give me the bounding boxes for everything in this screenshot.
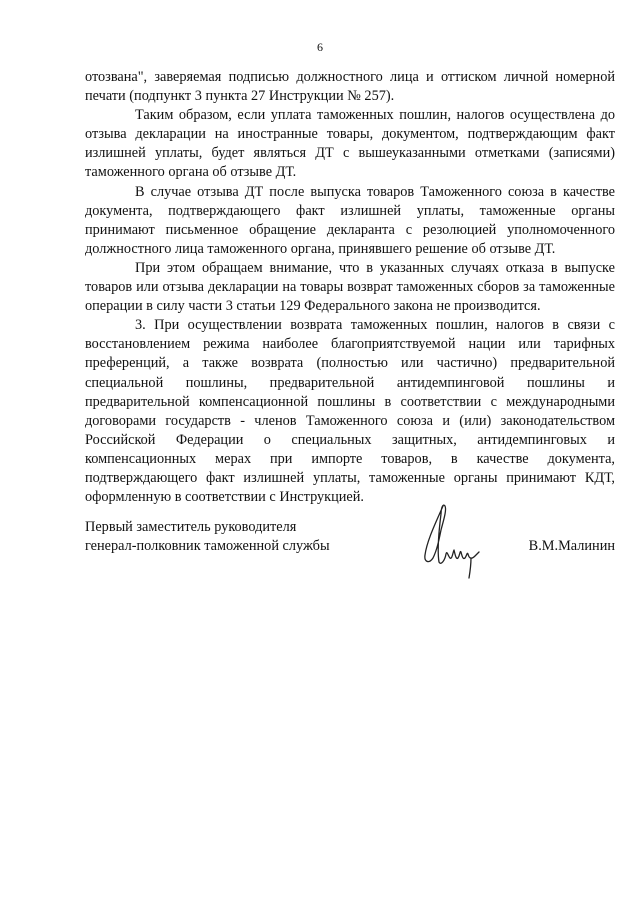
signer-title: Первый заместитель руководителя генерал-… (85, 518, 330, 556)
signature-block: Первый заместитель руководителя генерал-… (85, 518, 615, 578)
handwritten-signature-icon (415, 500, 485, 580)
signer-name: В.М.Малинин (529, 537, 615, 556)
signer-title-line-1: Первый заместитель руководителя (85, 518, 330, 537)
paragraph-1: отозвана", заверяемая подписью должностн… (85, 68, 615, 106)
page-number: 6 (0, 40, 640, 55)
document-page: 6 отозвана", заверяемая подписью должнос… (0, 0, 640, 900)
paragraph-3: В случае отзыва ДТ после выпуска товаров… (85, 183, 615, 259)
document-body: отозвана", заверяемая подписью должностн… (85, 68, 615, 507)
signer-title-line-2: генерал-полковник таможенной службы (85, 537, 330, 556)
paragraph-4: При этом обращаем внимание, что в указан… (85, 259, 615, 316)
paragraph-5: 3. При осуществлении возврата таможенных… (85, 316, 615, 507)
paragraph-2: Таким образом, если уплата таможенных по… (85, 106, 615, 182)
